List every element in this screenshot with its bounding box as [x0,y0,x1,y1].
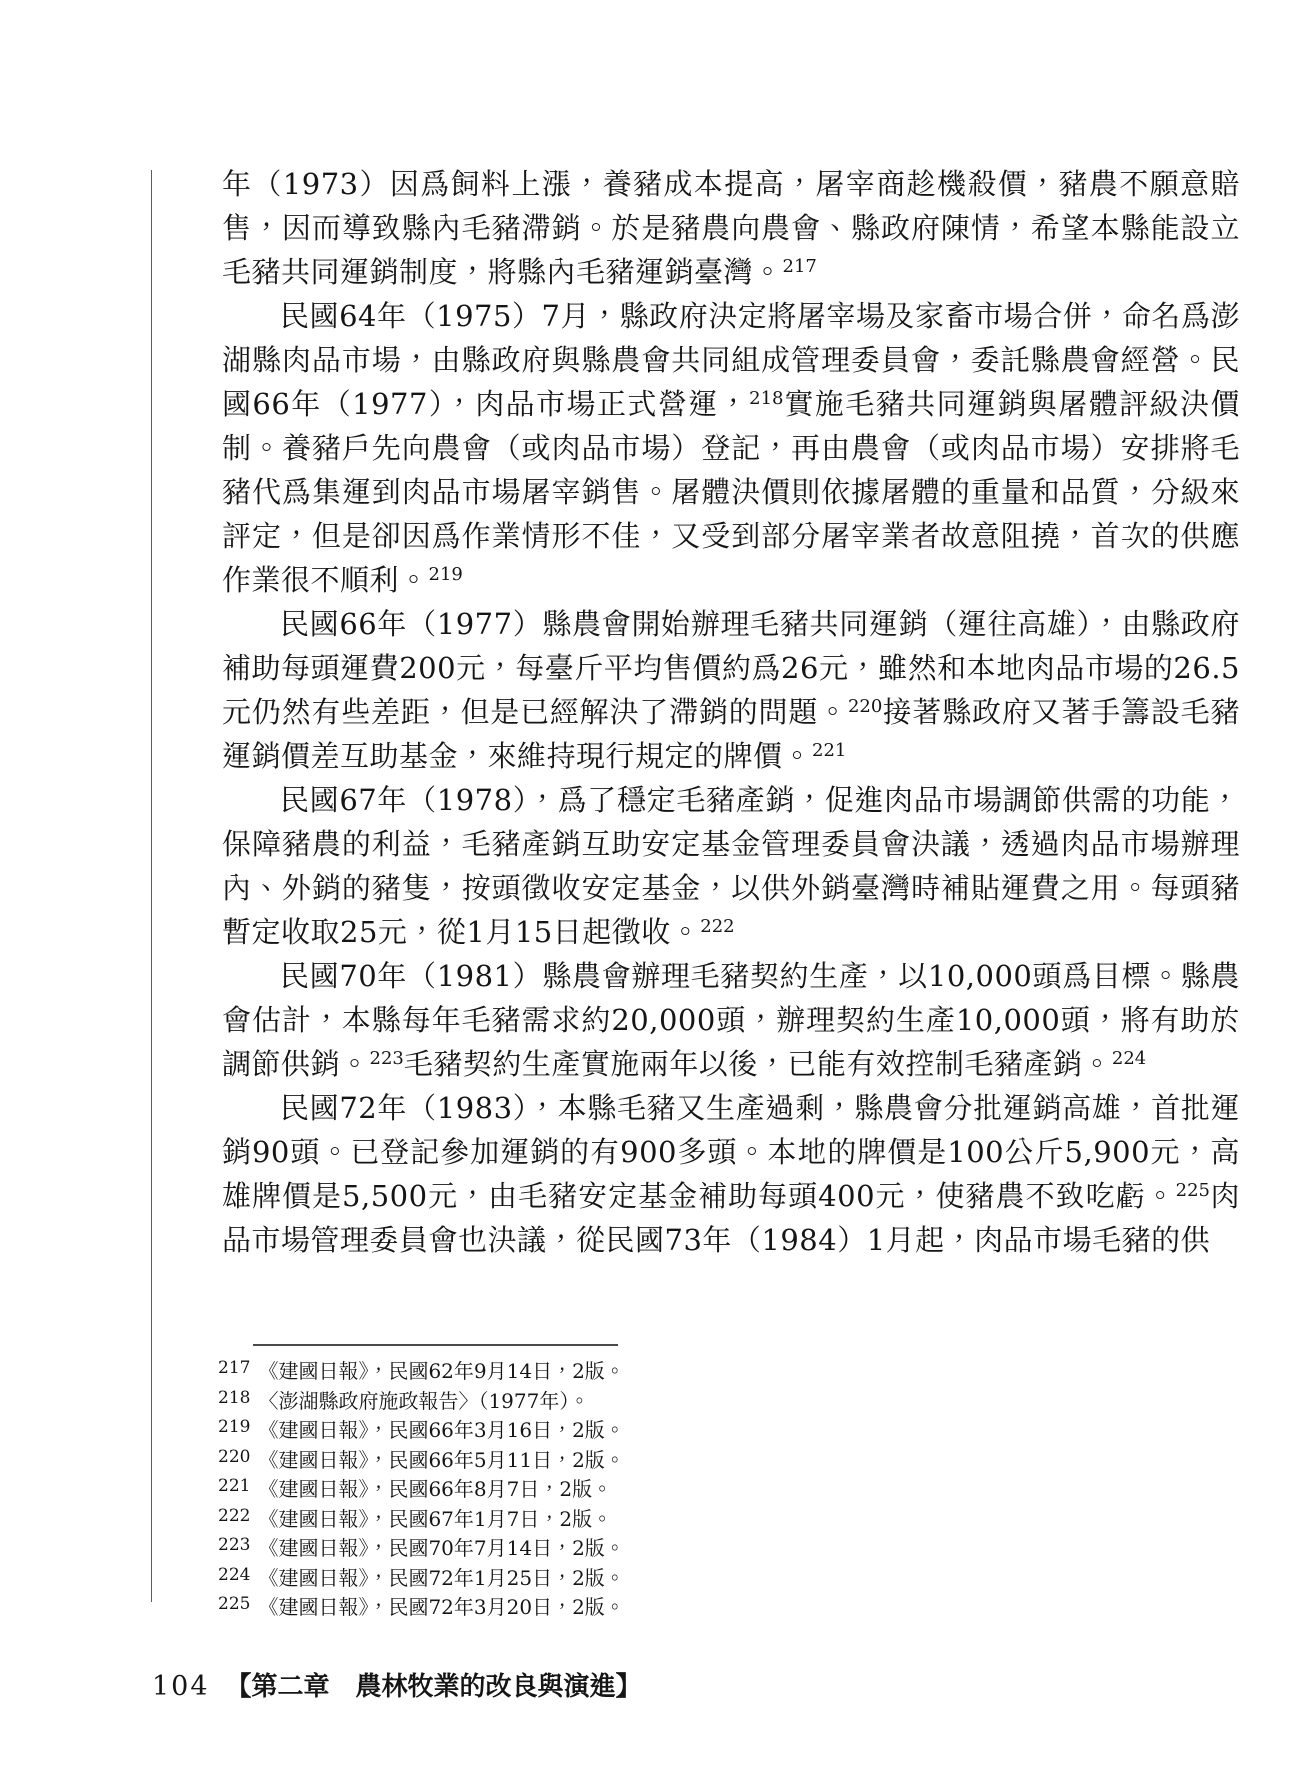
text-segment: 毛豬契約生產實施兩年以後，已能有效控制毛豬產銷。 [404,1047,1112,1081]
footnote-number: 223 [218,1535,250,1555]
footnote: 221《建國日報》，民國66年8月7日，2版。 [218,1476,978,1506]
page-footer: 104【第二章 農林牧業的改良與演進】 [152,1666,642,1703]
footnote-text: 《建國日報》，民國72年3月20日，2版。 [258,1595,624,1619]
footnote-text: 〈澎湖縣政府施政報告〉（1977年）。 [258,1389,589,1413]
footnotes-list: 217《建國日報》，民國62年9月14日，2版。218〈澎湖縣政府施政報告〉（1… [218,1358,978,1624]
footnote-ref: 222 [700,916,734,937]
footnote-ref: 217 [783,256,817,277]
footnote-ref: 225 [1176,1180,1210,1201]
text-segment: 年（1973）因爲飼料上漲，養豬成本提高，屠宰商趁機殺價，豬農不願意賠售，因而導… [222,167,1240,289]
footnote-ref: 223 [370,1048,404,1069]
paragraph: 民國72年（1983），本縣毛豬又生產過剩，縣農會分批運銷高雄，首批運銷90頭。… [222,1086,1240,1262]
footnote-number: 220 [218,1447,250,1467]
footnote-number: 221 [218,1476,250,1496]
paragraph: 年（1973）因爲飼料上漲，養豬成本提高，屠宰商趁機殺價，豬農不願意賠售，因而導… [222,162,1240,294]
footnote: 224《建國日報》，民國72年1月25日，2版。 [218,1565,978,1595]
page-number: 104 [152,1671,210,1702]
footnote-ref: 220 [848,696,882,717]
footnote-number: 222 [218,1506,250,1526]
left-margin-rule [151,170,152,1602]
footnote-ref: 218 [749,388,783,409]
text-segment: 民國72年（1983），本縣毛豬又生產過剩，縣農會分批運銷高雄，首批運銷90頭。… [222,1091,1240,1213]
footnote: 217《建國日報》，民國62年9月14日，2版。 [218,1358,978,1388]
footnote-ref: 224 [1112,1048,1146,1069]
footnote-text: 《建國日報》，民國67年1月7日，2版。 [258,1507,612,1531]
footnote-number: 217 [218,1358,250,1378]
footnote: 223《建國日報》，民國70年7月14日，2版。 [218,1535,978,1565]
footnote: 218〈澎湖縣政府施政報告〉（1977年）。 [218,1388,978,1418]
footnote-ref: 221 [812,740,846,761]
footnote-number: 219 [218,1417,250,1437]
chapter-title: 【第二章 農林牧業的改良與演進】 [226,1672,642,1702]
footnote-text: 《建國日報》，民國66年5月11日，2版。 [258,1448,624,1472]
footnote-text: 《建國日報》，民國66年8月7日，2版。 [258,1477,612,1501]
footnote-number: 225 [218,1594,250,1614]
footnote-text: 《建國日報》，民國66年3月16日，2版。 [258,1418,624,1442]
footnote-number: 218 [218,1388,250,1408]
paragraph: 民國70年（1981）縣農會辦理毛豬契約生產，以10,000頭爲目標。縣農會估計… [222,954,1240,1086]
footnote-text: 《建國日報》，民國72年1月25日，2版。 [258,1566,624,1590]
footnote: 220《建國日報》，民國66年5月11日，2版。 [218,1447,978,1477]
footnote-ref: 219 [429,564,463,585]
footnote-separator [253,1344,618,1346]
footnote-number: 224 [218,1565,250,1585]
footnote: 225《建國日報》，民國72年3月20日，2版。 [218,1594,978,1624]
paragraph: 民國67年（1978），爲了穩定毛豬產銷，促進肉品市場調節供需的功能，保障豬農的… [222,778,1240,954]
book-page: 年（1973）因爲飼料上漲，養豬成本提高，屠宰商趁機殺價，豬農不願意賠售，因而導… [0,0,1300,1779]
footnote: 222《建國日報》，民國67年1月7日，2版。 [218,1506,978,1536]
footnote-text: 《建國日報》，民國62年9月14日，2版。 [258,1359,624,1383]
paragraph: 民國66年（1977）縣農會開始辦理毛豬共同運銷（運往高雄），由縣政府補助每頭運… [222,602,1240,778]
footnote-text: 《建國日報》，民國70年7月14日，2版。 [258,1536,624,1560]
body-text: 年（1973）因爲飼料上漲，養豬成本提高，屠宰商趁機殺價，豬農不願意賠售，因而導… [222,162,1240,1262]
paragraph: 民國64年（1975）7月，縣政府決定將屠宰場及家畜市場合併，命名爲澎湖縣肉品市… [222,294,1240,602]
footnote: 219《建國日報》，民國66年3月16日，2版。 [218,1417,978,1447]
